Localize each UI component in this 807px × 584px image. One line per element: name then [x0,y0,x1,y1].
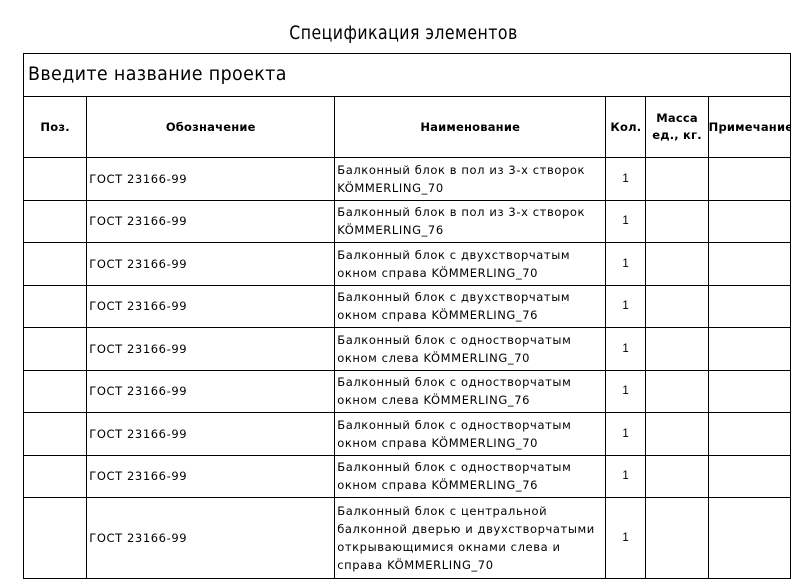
header-pos: Поз. [24,97,87,158]
cell-name[interactable]: Балконный блок с одностворчатымокном сле… [335,370,606,413]
table-row[interactable]: ГОСТ 23166-99Балконный блок с одностворч… [24,413,791,456]
cell-note[interactable] [708,200,790,243]
cell-qty[interactable]: 1 [606,200,646,243]
cell-name[interactable]: Балконный блок с двухстворчатымокном спр… [335,285,606,328]
table-body: ГОСТ 23166-99Балконный блок в пол из 3-х… [24,158,791,579]
cell-code[interactable]: ГОСТ 23166-99 [87,370,335,413]
cell-name[interactable]: Балконный блок с двухстворчатымокном спр… [335,243,606,286]
cell-note[interactable] [708,158,790,201]
cell-name-line: Балконный блок с двухстворчатым [337,246,605,264]
cell-pos[interactable] [24,243,87,286]
table-row[interactable]: ГОСТ 23166-99Балконный блок с двухстворч… [24,285,791,328]
cell-name-line: окном справа KÖMMERLING_70 [337,264,605,282]
cell-name-line: справа KÖMMERLING_70 [337,556,605,574]
header-code: Обозначение [87,97,335,158]
cell-mass[interactable] [646,455,708,498]
cell-pos[interactable] [24,285,87,328]
cell-note[interactable] [708,328,790,371]
cell-note[interactable] [708,285,790,328]
table-header-row: Поз. Обозначение Наименование Кол. Масса… [24,97,791,158]
table-row[interactable]: ГОСТ 23166-99Балконный блок с одностворч… [24,370,791,413]
cell-pos[interactable] [24,200,87,243]
cell-qty[interactable]: 1 [606,328,646,371]
cell-name[interactable]: Балконный блок в пол из 3-х створокKÖMME… [335,158,606,201]
header-mass-line2: ед., кг. [646,127,707,144]
specification-table: Поз. Обозначение Наименование Кол. Масса… [23,96,791,579]
cell-name[interactable]: Балконный блок с центральнойбалконной дв… [335,498,606,579]
table-row[interactable]: ГОСТ 23166-99Балконный блок с одностворч… [24,328,791,371]
cell-mass[interactable] [646,285,708,328]
cell-name-line: окном справа KÖMMERLING_70 [337,434,605,452]
cell-code[interactable]: ГОСТ 23166-99 [87,328,335,371]
cell-name-line: окном слева KÖMMERLING_76 [337,391,605,409]
cell-pos[interactable] [24,455,87,498]
cell-name-line: KÖMMERLING_76 [337,221,605,239]
table-row[interactable]: ГОСТ 23166-99Балконный блок с центрально… [24,498,791,579]
cell-note[interactable] [708,498,790,579]
cell-name-line: открывающимися окнами слева и [337,538,605,556]
cell-pos[interactable] [24,328,87,371]
cell-qty[interactable]: 1 [606,455,646,498]
cell-note[interactable] [708,243,790,286]
header-name: Наименование [335,97,606,158]
cell-name-line: Балконный блок с одностворчатым [337,373,605,391]
cell-code[interactable]: ГОСТ 23166-99 [87,158,335,201]
cell-name[interactable]: Балконный блок в пол из 3-х створокKÖMME… [335,200,606,243]
cell-name-line: KÖMMERLING_70 [337,179,605,197]
cell-qty[interactable]: 1 [606,370,646,413]
cell-name[interactable]: Балконный блок с одностворчатымокном сле… [335,328,606,371]
cell-name[interactable]: Балконный блок с одностворчатымокном спр… [335,455,606,498]
cell-name-line: Балконный блок с одностворчатым [337,331,605,349]
specification-sheet: Введите название проекта Поз. Обозначени… [23,53,791,584]
cell-name-line: окном справа KÖMMERLING_76 [337,306,605,324]
cell-name-line: Балконный блок в пол из 3-х створок [337,203,605,221]
cell-note[interactable] [708,370,790,413]
cell-code[interactable]: ГОСТ 23166-99 [87,413,335,456]
cell-qty[interactable]: 1 [606,243,646,286]
cell-mass[interactable] [646,243,708,286]
table-row[interactable]: ГОСТ 23166-99Балконный блок с двухстворч… [24,243,791,286]
cell-name-line: Балконный блок с одностворчатым [337,458,605,476]
header-mass-line1: Масса [646,110,707,127]
cell-mass[interactable] [646,370,708,413]
header-qty: Кол. [606,97,646,158]
cell-code[interactable]: ГОСТ 23166-99 [87,285,335,328]
cell-mass[interactable] [646,498,708,579]
cell-name-line: балконной дверью и двухстворчатыми [337,520,605,538]
cell-name-line: Балконный блок с двухстворчатым [337,288,605,306]
cell-qty[interactable]: 1 [606,158,646,201]
cell-pos[interactable] [24,158,87,201]
cell-qty[interactable]: 1 [606,498,646,579]
cell-pos[interactable] [24,413,87,456]
table-row[interactable]: ГОСТ 23166-99Балконный блок в пол из 3-х… [24,200,791,243]
project-name-field[interactable]: Введите название проекта [28,63,287,85]
cell-pos[interactable] [24,498,87,579]
document-title: Спецификация элементов [32,22,774,44]
cell-qty[interactable]: 1 [606,413,646,456]
cell-qty[interactable]: 1 [606,285,646,328]
cell-name-line: Балконный блок в пол из 3-х створок [337,161,605,179]
cell-code[interactable]: ГОСТ 23166-99 [87,200,335,243]
header-note: Примечание [708,97,790,158]
cell-mass[interactable] [646,413,708,456]
cell-code[interactable]: ГОСТ 23166-99 [87,243,335,286]
cell-mass[interactable] [646,200,708,243]
project-name-row[interactable]: Введите название проекта [23,53,791,96]
cell-note[interactable] [708,413,790,456]
cell-code[interactable]: ГОСТ 23166-99 [87,498,335,579]
cell-note[interactable] [708,455,790,498]
cell-mass[interactable] [646,328,708,371]
cell-name-line: окном справа KÖMMERLING_76 [337,476,605,494]
table-row[interactable]: ГОСТ 23166-99Балконный блок с одностворч… [24,455,791,498]
cell-name-line: окном слева KÖMMERLING_70 [337,349,605,367]
cell-name-line: Балконный блок с одностворчатым [337,416,605,434]
cell-pos[interactable] [24,370,87,413]
cell-name[interactable]: Балконный блок с одностворчатымокном спр… [335,413,606,456]
header-mass: Масса ед., кг. [646,97,708,158]
cell-mass[interactable] [646,158,708,201]
cell-code[interactable]: ГОСТ 23166-99 [87,455,335,498]
table-row[interactable]: ГОСТ 23166-99Балконный блок в пол из 3-х… [24,158,791,201]
cell-name-line: Балконный блок с центральной [337,502,605,520]
